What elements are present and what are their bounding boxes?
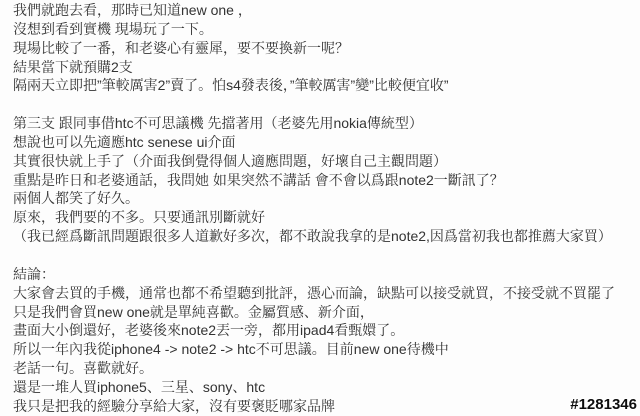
text-line: 其實很快就上手了（介面我倒覺得個人適應問題，好壞自己主觀問題） (13, 152, 636, 171)
text-line: 所以一年內我從iphone4 -> note2 -> htc不可思議。目前new… (13, 340, 636, 359)
text-line (13, 246, 636, 265)
text-line: 畫面大小倒還好，老婆後來note2丟一旁，都用ipad4看甄嬛了。 (13, 321, 636, 340)
text-line: 現場比較了一番，和老婆心有靈犀，要不要換新一呢？ (13, 39, 636, 58)
text-line: （我已經爲斷訊問題跟很多人道歉好多次，都不敢說我拿的是note2,因爲當初我也都… (13, 227, 636, 246)
text-line: 只是我們會買new one就是單純喜歡。金屬質感、新介面， (13, 303, 636, 322)
post-id-watermark: #1281346 (570, 396, 637, 413)
text-line: 想說也可以先適應htc senese ui介面 (13, 133, 636, 152)
post-content: 我們就跑去看，那時已知道new one ，沒想到看到實機 現場玩了一下。現場比較… (13, 1, 636, 416)
text-line: 我們就跑去看，那時已知道new one ， (13, 1, 636, 20)
text-line (13, 95, 636, 114)
text-line: 結論： (13, 265, 636, 284)
text-line: 我只是把我的經驗分享給大家，沒有要褒貶哪家品牌 (13, 397, 636, 416)
text-line: 沒想到看到實機 現場玩了一下。 (13, 20, 636, 39)
text-line: 重點是昨日和老婆通話，我問她 如果突然不講話 會不會以爲跟note2一斷訊了？ (13, 171, 636, 190)
text-line: 還是一堆人買iphone5、三星、sony、htc (13, 378, 636, 397)
forum-post-page: 我們就跑去看，那時已知道new one ，沒想到看到實機 現場玩了一下。現場比較… (0, 0, 640, 416)
text-line: 老話一句。喜歡就好。 (13, 359, 636, 378)
text-line: 大家會去買的手機，通常也都不希望聽到批評，憑心而論，缺點可以接受就買，不接受就不… (13, 284, 636, 303)
text-line: 隔兩天立即把”筆較厲害2”賣了。怕s4發表後，”筆較厲害”變”比較便宜收” (13, 76, 636, 95)
text-line: 第三支 跟同事借htc不可思議機 先擋著用（老婆先用nokia傳統型） (13, 114, 636, 133)
text-line: 原來，我們要的不多。只要通訊別斷就好 (13, 208, 636, 227)
text-line: 兩個人都笑了好久。 (13, 189, 636, 208)
text-line: 結果當下就預購2支 (13, 58, 636, 77)
